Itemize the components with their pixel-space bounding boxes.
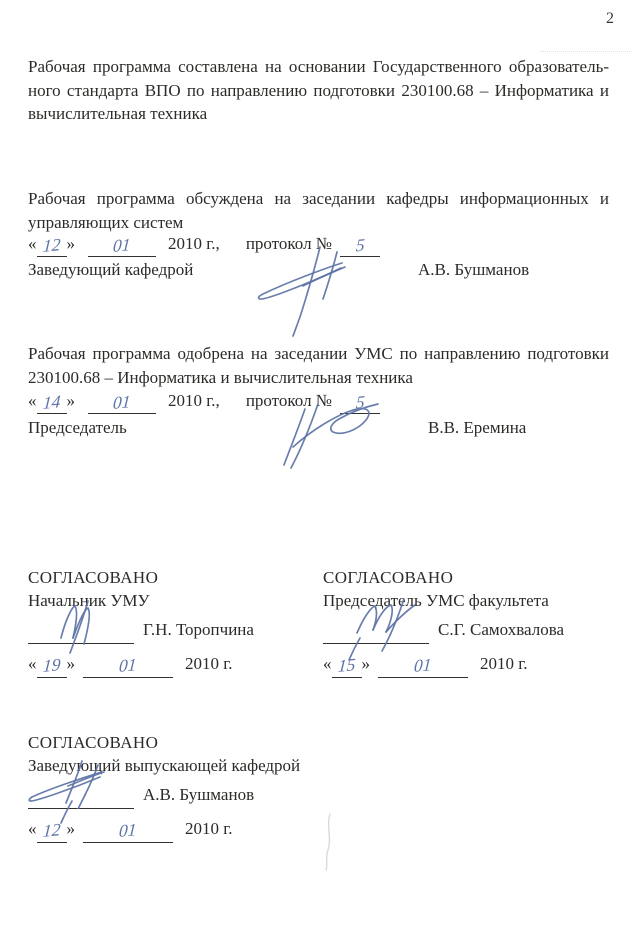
date-year: 2010 г. [480, 654, 528, 673]
date-year: 2010 г. [185, 819, 233, 838]
date-year: 2010 г., [168, 234, 220, 253]
open-quote: « [323, 654, 332, 673]
handwritten-month: 01 [118, 653, 137, 678]
pen-stroke [346, 636, 362, 662]
handwritten-month: 01 [118, 818, 137, 843]
scan-artifact-dotted-line [540, 51, 632, 52]
paragraph-line: Рабочая программа обсуждена на заседании… [28, 187, 609, 211]
toropchina-signature [54, 596, 114, 654]
pen-stroke [58, 799, 74, 825]
samokhvalova-signature [351, 591, 426, 653]
eremina-signature [281, 397, 386, 469]
document-page: 2 Рабочая программа составлена на основа… [0, 0, 636, 950]
date-year: 2010 г., [168, 391, 220, 410]
paragraph-line: ного стандарта ВПО по направлению подгот… [28, 79, 609, 103]
agreement-name: А.В. Бушманов [143, 785, 254, 804]
handwritten-month: 01 [113, 234, 132, 257]
agreement-heading: СОГЛАСОВАНО [28, 566, 313, 589]
date-month-blank: 01 [88, 233, 156, 257]
agreement-date-line: «15»012010 г. [323, 652, 623, 678]
page-number: 2 [606, 10, 614, 28]
bushmanov-department-signature [253, 242, 368, 337]
paragraph-line: Рабочая программа одобрена на заседании … [28, 342, 609, 366]
signatory-name: А.В. Бушманов [418, 260, 529, 280]
agreement-heading: СОГЛАСОВАНО [28, 731, 348, 754]
date-year: 2010 г. [185, 654, 233, 673]
open-quote: « [28, 391, 37, 410]
paragraph-basis: Рабочая программа составлена на основани… [28, 55, 609, 126]
bushmanov-graduating-dept-signature [24, 757, 124, 809]
paragraph-line: 230100.68 – Информатика и вычислительная… [28, 366, 609, 390]
handwritten-month: 01 [413, 653, 432, 678]
paragraph-ums-approval: Рабочая программа одобрена на заседании … [28, 342, 609, 389]
date-day-blank: 19 [37, 652, 67, 678]
date-month-blank: 01 [378, 652, 468, 678]
paragraph-department-discussion: Рабочая программа обсуждена на заседании… [28, 187, 609, 234]
open-quote: « [28, 234, 37, 253]
close-quote: » [67, 654, 76, 673]
close-quote: » [67, 391, 76, 410]
handwritten-month: 01 [113, 391, 132, 414]
signatory-name: В.В. Еремина [428, 418, 526, 438]
handwritten-day: 12 [42, 234, 61, 257]
date-month-blank: 01 [88, 390, 156, 414]
agreement-name: С.Г. Самохвалова [438, 620, 564, 639]
agreement-heading: СОГЛАСОВАНО [323, 566, 623, 589]
signatory-role: Заведующий кафедрой [28, 260, 193, 279]
paragraph-line: вычислительная техника [28, 102, 609, 126]
paragraph-line: управляющих систем [28, 211, 609, 235]
signatory-role: Председатель [28, 418, 127, 437]
date-day-blank: 12 [37, 233, 67, 257]
handwritten-day: 14 [42, 391, 61, 414]
handwritten-day: 19 [42, 653, 61, 678]
open-quote: « [28, 654, 37, 673]
agreement-name: Г.Н. Торопчина [143, 620, 254, 639]
agreement-date-line: «12»012010 г. [28, 817, 348, 843]
paragraph-line: Рабочая программа составлена на основани… [28, 55, 609, 79]
close-quote: » [67, 234, 76, 253]
close-quote: » [362, 654, 371, 673]
date-day-blank: 14 [37, 390, 67, 414]
date-month-blank: 01 [83, 817, 173, 843]
scan-artifact-squiggle [322, 812, 336, 872]
open-quote: « [28, 819, 37, 838]
agreement-date-line: «19»012010 г. [28, 652, 313, 678]
date-month-blank: 01 [83, 652, 173, 678]
